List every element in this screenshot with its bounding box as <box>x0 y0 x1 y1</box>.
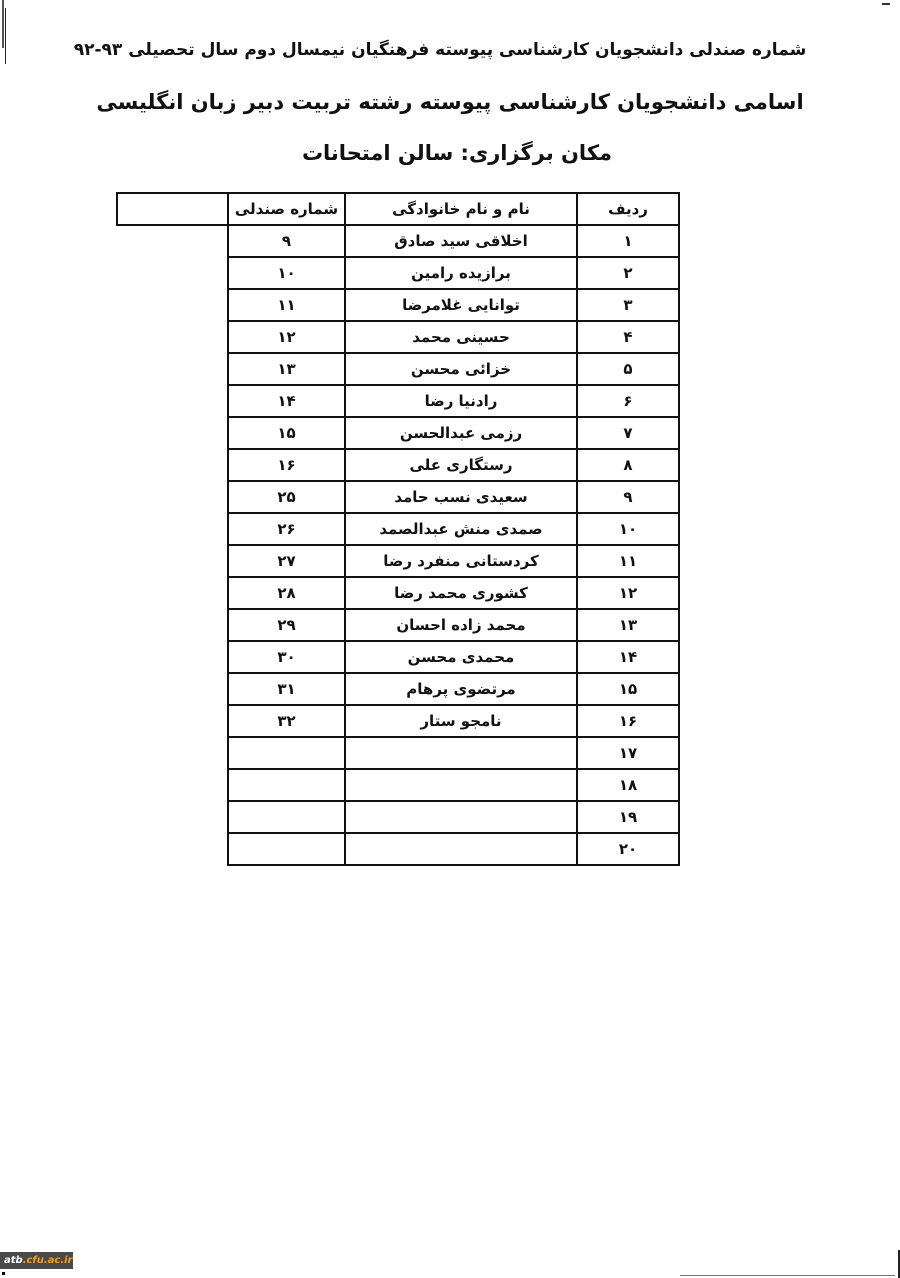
student-name-cell <box>345 833 577 865</box>
seat-number-cell: ۳۲ <box>228 705 345 737</box>
table-row: ۹سعیدی نسب حامد۲۵ <box>117 481 679 513</box>
table-row: ۱۵مرتضوی پرهام۳۱ <box>117 673 679 705</box>
table-row: ۱۲کشوری محمد رضا۲۸ <box>117 577 679 609</box>
student-name-cell: نامجو ستار <box>345 705 577 737</box>
student-name-cell: حسینی محمد <box>345 321 577 353</box>
table-row: ۱۸ <box>117 769 679 801</box>
header-row-number: ردیف <box>577 193 679 225</box>
seat-number-cell: ۳۰ <box>228 641 345 673</box>
row-number-cell: ۱۵ <box>577 673 679 705</box>
student-name-cell: برازیده رامین <box>345 257 577 289</box>
seat-number-cell: ۲۶ <box>228 513 345 545</box>
row-number-cell: ۶ <box>577 385 679 417</box>
row-number-cell: ۱۲ <box>577 577 679 609</box>
row-number-cell: ۵ <box>577 353 679 385</box>
table-row: ۱۱کردستانی منفرد رضا۲۷ <box>117 545 679 577</box>
student-name-cell: صمدی منش عبدالصمد <box>345 513 577 545</box>
table-row: ۱۶نامجو ستار۳۲ <box>117 705 679 737</box>
seat-number-cell: ۲۵ <box>228 481 345 513</box>
table-row: ۱۴محمدی محسن۳۰ <box>117 641 679 673</box>
document-subtitle: اسامی دانشجویان کارشناسی پیوسته رشته ترب… <box>0 90 900 114</box>
table-row: ۱۳محمد زاده احسان۲۹ <box>117 609 679 641</box>
document-title: شماره صندلی دانشجویان کارشناسی پیوسته فر… <box>0 40 890 60</box>
seat-number-cell <box>228 833 345 865</box>
student-name-cell: رزمی عبدالحسن <box>345 417 577 449</box>
table-row: ۶رادنیا رضا۱۴ <box>117 385 679 417</box>
table-row: ۲۰ <box>117 833 679 865</box>
table-row: ۵خزائی محسن۱۳ <box>117 353 679 385</box>
student-name-cell <box>345 737 577 769</box>
watermark-domain: .cfu.ac.ir <box>23 1255 73 1266</box>
table-row: ۷رزمی عبدالحسن۱۵ <box>117 417 679 449</box>
scan-corner-mark <box>882 3 890 5</box>
row-number-cell: ۲۰ <box>577 833 679 865</box>
seat-number-cell: ۱۰ <box>228 257 345 289</box>
watermark-prefix: atb <box>4 1255 23 1266</box>
scan-edge-mark <box>680 1275 895 1276</box>
blank-merged-column <box>117 193 228 225</box>
seat-number-cell: ۲۹ <box>228 609 345 641</box>
seat-number-cell: ۲۸ <box>228 577 345 609</box>
header-seat-number: شماره صندلی <box>228 193 345 225</box>
row-number-cell: ۱۷ <box>577 737 679 769</box>
row-number-cell: ۱۸ <box>577 769 679 801</box>
seat-number-cell: ۹ <box>228 225 345 257</box>
student-name-cell <box>345 769 577 801</box>
student-name-cell: توانایی غلامرضا <box>345 289 577 321</box>
site-watermark: atb.cfu.ac.ir <box>0 1252 73 1269</box>
scan-corner-mark <box>2 1272 5 1275</box>
table-header-row: ردیف نام و نام خانوادگی شماره صندلی <box>117 193 679 225</box>
student-name-cell: کشوری محمد رضا <box>345 577 577 609</box>
table-row: ۴حسینی محمد۱۲ <box>117 321 679 353</box>
seat-number-cell: ۱۳ <box>228 353 345 385</box>
row-number-cell: ۴ <box>577 321 679 353</box>
row-number-cell: ۱۰ <box>577 513 679 545</box>
row-number-cell: ۱ <box>577 225 679 257</box>
table-row: ۸رستگاری علی۱۶ <box>117 449 679 481</box>
row-number-cell: ۱۶ <box>577 705 679 737</box>
student-name-cell: اخلاقی سید صادق <box>345 225 577 257</box>
row-number-cell: ۲ <box>577 257 679 289</box>
student-name-cell <box>345 801 577 833</box>
seat-number-cell <box>228 737 345 769</box>
table-row: ۲برازیده رامین۱۰ <box>117 257 679 289</box>
student-name-cell: سعیدی نسب حامد <box>345 481 577 513</box>
row-number-cell: ۹ <box>577 481 679 513</box>
table-body: ۱اخلاقی سید صادق۹۲برازیده رامین۱۰۳توانای… <box>117 225 679 865</box>
row-number-cell: ۱۹ <box>577 801 679 833</box>
seat-number-cell: ۲۷ <box>228 545 345 577</box>
seat-number-cell: ۱۵ <box>228 417 345 449</box>
student-name-cell: رادنیا رضا <box>345 385 577 417</box>
student-name-cell: مرتضوی پرهام <box>345 673 577 705</box>
table-row: ۱اخلاقی سید صادق۹ <box>117 225 679 257</box>
student-name-cell: محمدی محسن <box>345 641 577 673</box>
seating-table: ردیف نام و نام خانوادگی شماره صندلی ۱اخل… <box>116 192 680 866</box>
seat-number-cell: ۱۱ <box>228 289 345 321</box>
seat-number-cell: ۳۱ <box>228 673 345 705</box>
table-row: ۱۹ <box>117 801 679 833</box>
student-name-cell: محمد زاده احسان <box>345 609 577 641</box>
seat-number-cell <box>228 801 345 833</box>
header-full-name: نام و نام خانوادگی <box>345 193 577 225</box>
table-row: ۱۷ <box>117 737 679 769</box>
row-number-cell: ۳ <box>577 289 679 321</box>
table-row: ۳توانایی غلامرضا۱۱ <box>117 289 679 321</box>
row-number-cell: ۱۴ <box>577 641 679 673</box>
exam-location: مکان برگزاری: سالن امتحانات <box>7 141 900 165</box>
student-name-cell: کردستانی منفرد رضا <box>345 545 577 577</box>
row-number-cell: ۱۳ <box>577 609 679 641</box>
row-number-cell: ۷ <box>577 417 679 449</box>
table-row: ۱۰صمدی منش عبدالصمد۲۶ <box>117 513 679 545</box>
student-name-cell: خزائی محسن <box>345 353 577 385</box>
student-name-cell: رستگاری علی <box>345 449 577 481</box>
row-number-cell: ۸ <box>577 449 679 481</box>
seat-number-cell: ۱۴ <box>228 385 345 417</box>
seat-number-cell <box>228 769 345 801</box>
seat-number-cell: ۱۶ <box>228 449 345 481</box>
seat-number-cell: ۱۲ <box>228 321 345 353</box>
row-number-cell: ۱۱ <box>577 545 679 577</box>
